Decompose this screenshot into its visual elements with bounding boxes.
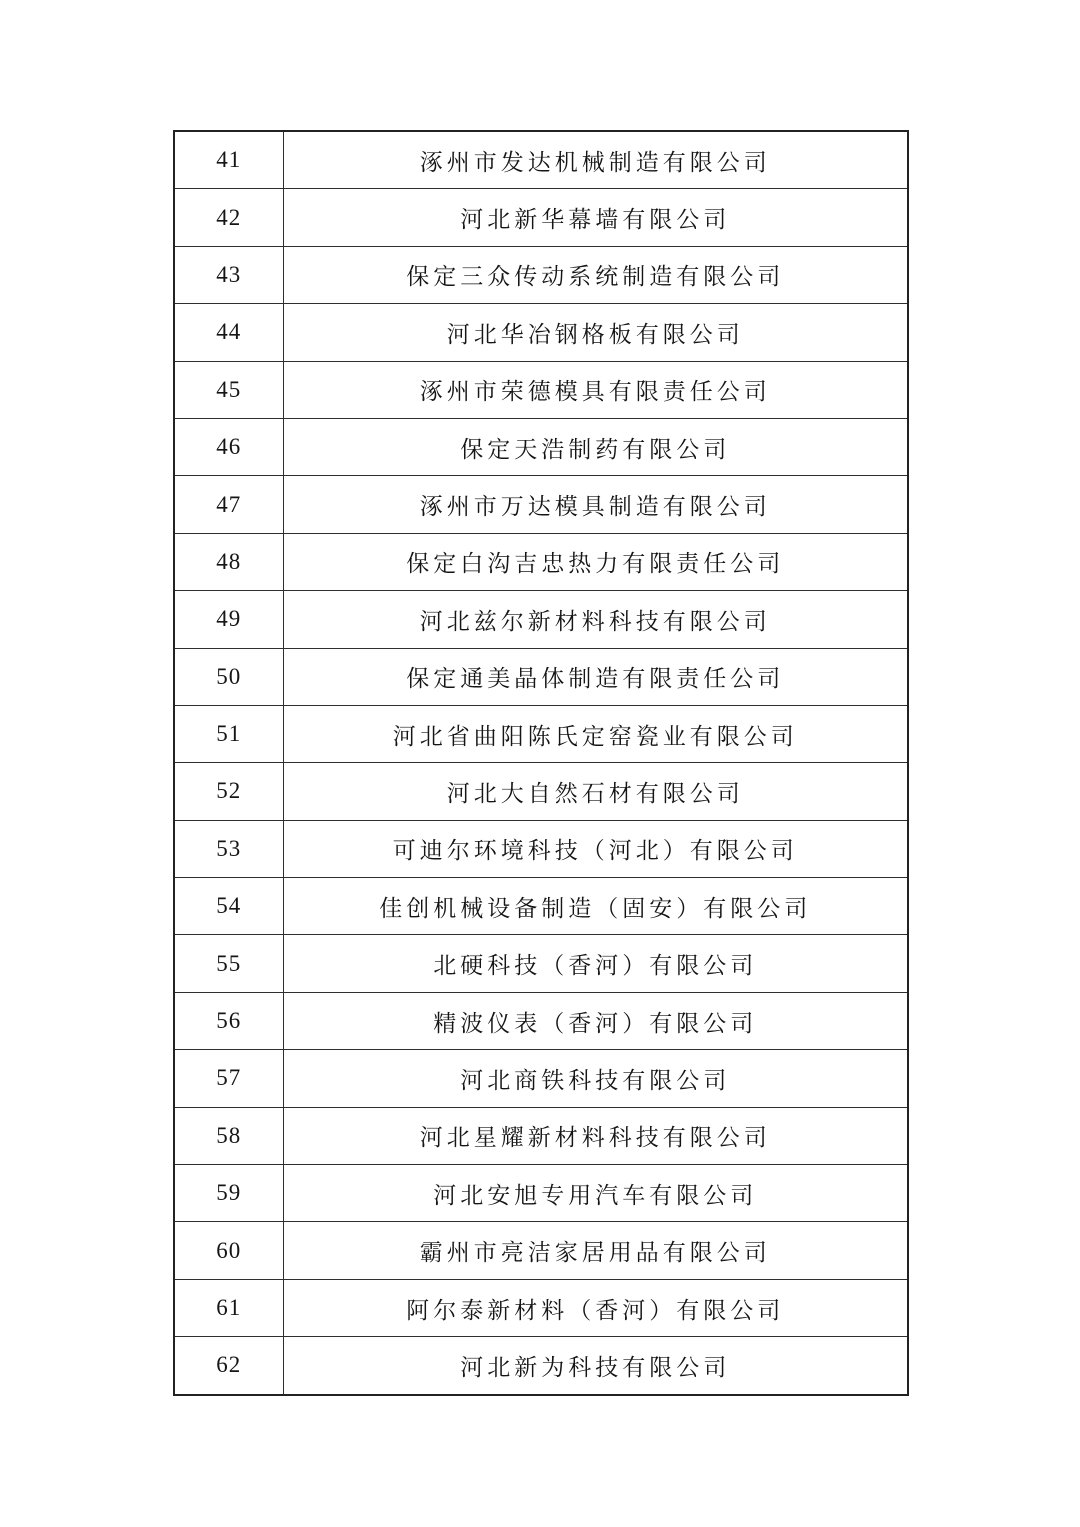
company-name-cell: 河北新华幕墙有限公司 bbox=[283, 189, 908, 246]
row-number-cell: 49 bbox=[174, 591, 283, 648]
document-page: 41涿州市发达机械制造有限公司42河北新华幕墙有限公司43保定三众传动系统制造有… bbox=[0, 0, 1080, 1527]
table-row: 58河北星耀新材料科技有限公司 bbox=[174, 1107, 908, 1164]
company-name-cell: 霸州市亮洁家居用品有限公司 bbox=[283, 1222, 908, 1279]
row-number-cell: 52 bbox=[174, 763, 283, 820]
table-row: 61阿尔泰新材料（香河）有限公司 bbox=[174, 1279, 908, 1336]
table-row: 48保定白沟吉忠热力有限责任公司 bbox=[174, 533, 908, 590]
company-name-cell: 河北安旭专用汽车有限公司 bbox=[283, 1165, 908, 1222]
table-row: 50保定通美晶体制造有限责任公司 bbox=[174, 648, 908, 705]
table-row: 56精波仪表（香河）有限公司 bbox=[174, 992, 908, 1049]
row-number-cell: 50 bbox=[174, 648, 283, 705]
table-row: 43保定三众传动系统制造有限公司 bbox=[174, 246, 908, 303]
table-row: 42河北新华幕墙有限公司 bbox=[174, 189, 908, 246]
table-row: 44河北华冶钢格板有限公司 bbox=[174, 304, 908, 361]
row-number-cell: 47 bbox=[174, 476, 283, 533]
row-number-cell: 54 bbox=[174, 878, 283, 935]
row-number-cell: 44 bbox=[174, 304, 283, 361]
row-number-cell: 56 bbox=[174, 992, 283, 1049]
row-number-cell: 55 bbox=[174, 935, 283, 992]
row-number-cell: 62 bbox=[174, 1337, 283, 1395]
table-row: 60霸州市亮洁家居用品有限公司 bbox=[174, 1222, 908, 1279]
table-row: 53可迪尔环境科技（河北）有限公司 bbox=[174, 820, 908, 877]
company-list-body: 41涿州市发达机械制造有限公司42河北新华幕墙有限公司43保定三众传动系统制造有… bbox=[174, 131, 908, 1395]
table-row: 41涿州市发达机械制造有限公司 bbox=[174, 131, 908, 189]
table-row: 51河北省曲阳陈氏定窑瓷业有限公司 bbox=[174, 705, 908, 762]
company-name-cell: 河北新为科技有限公司 bbox=[283, 1337, 908, 1395]
company-name-cell: 河北华冶钢格板有限公司 bbox=[283, 304, 908, 361]
row-number-cell: 45 bbox=[174, 361, 283, 418]
company-name-cell: 涿州市发达机械制造有限公司 bbox=[283, 131, 908, 189]
company-name-cell: 河北商铁科技有限公司 bbox=[283, 1050, 908, 1107]
row-number-cell: 58 bbox=[174, 1107, 283, 1164]
table-row: 55北硬科技（香河）有限公司 bbox=[174, 935, 908, 992]
row-number-cell: 61 bbox=[174, 1279, 283, 1336]
company-name-cell: 河北大自然石材有限公司 bbox=[283, 763, 908, 820]
row-number-cell: 59 bbox=[174, 1165, 283, 1222]
table-row: 45涿州市荣德模具有限责任公司 bbox=[174, 361, 908, 418]
row-number-cell: 42 bbox=[174, 189, 283, 246]
row-number-cell: 41 bbox=[174, 131, 283, 189]
company-name-cell: 河北兹尔新材料科技有限公司 bbox=[283, 591, 908, 648]
table-row: 49河北兹尔新材料科技有限公司 bbox=[174, 591, 908, 648]
row-number-cell: 53 bbox=[174, 820, 283, 877]
company-list-table: 41涿州市发达机械制造有限公司42河北新华幕墙有限公司43保定三众传动系统制造有… bbox=[173, 130, 909, 1396]
row-number-cell: 57 bbox=[174, 1050, 283, 1107]
company-name-cell: 保定天浩制药有限公司 bbox=[283, 418, 908, 475]
company-name-cell: 精波仪表（香河）有限公司 bbox=[283, 992, 908, 1049]
company-name-cell: 涿州市荣德模具有限责任公司 bbox=[283, 361, 908, 418]
row-number-cell: 48 bbox=[174, 533, 283, 590]
table-row: 59河北安旭专用汽车有限公司 bbox=[174, 1165, 908, 1222]
company-name-cell: 可迪尔环境科技（河北）有限公司 bbox=[283, 820, 908, 877]
row-number-cell: 46 bbox=[174, 418, 283, 475]
table-row: 62河北新为科技有限公司 bbox=[174, 1337, 908, 1395]
company-name-cell: 保定白沟吉忠热力有限责任公司 bbox=[283, 533, 908, 590]
company-name-cell: 河北星耀新材料科技有限公司 bbox=[283, 1107, 908, 1164]
table-row: 46保定天浩制药有限公司 bbox=[174, 418, 908, 475]
company-name-cell: 涿州市万达模具制造有限公司 bbox=[283, 476, 908, 533]
company-name-cell: 佳创机械设备制造（固安）有限公司 bbox=[283, 878, 908, 935]
table-row: 52河北大自然石材有限公司 bbox=[174, 763, 908, 820]
company-name-cell: 阿尔泰新材料（香河）有限公司 bbox=[283, 1279, 908, 1336]
row-number-cell: 43 bbox=[174, 246, 283, 303]
company-name-cell: 河北省曲阳陈氏定窑瓷业有限公司 bbox=[283, 705, 908, 762]
table-row: 47涿州市万达模具制造有限公司 bbox=[174, 476, 908, 533]
company-name-cell: 保定通美晶体制造有限责任公司 bbox=[283, 648, 908, 705]
table-row: 54佳创机械设备制造（固安）有限公司 bbox=[174, 878, 908, 935]
row-number-cell: 51 bbox=[174, 705, 283, 762]
company-name-cell: 北硬科技（香河）有限公司 bbox=[283, 935, 908, 992]
row-number-cell: 60 bbox=[174, 1222, 283, 1279]
company-name-cell: 保定三众传动系统制造有限公司 bbox=[283, 246, 908, 303]
table-row: 57河北商铁科技有限公司 bbox=[174, 1050, 908, 1107]
